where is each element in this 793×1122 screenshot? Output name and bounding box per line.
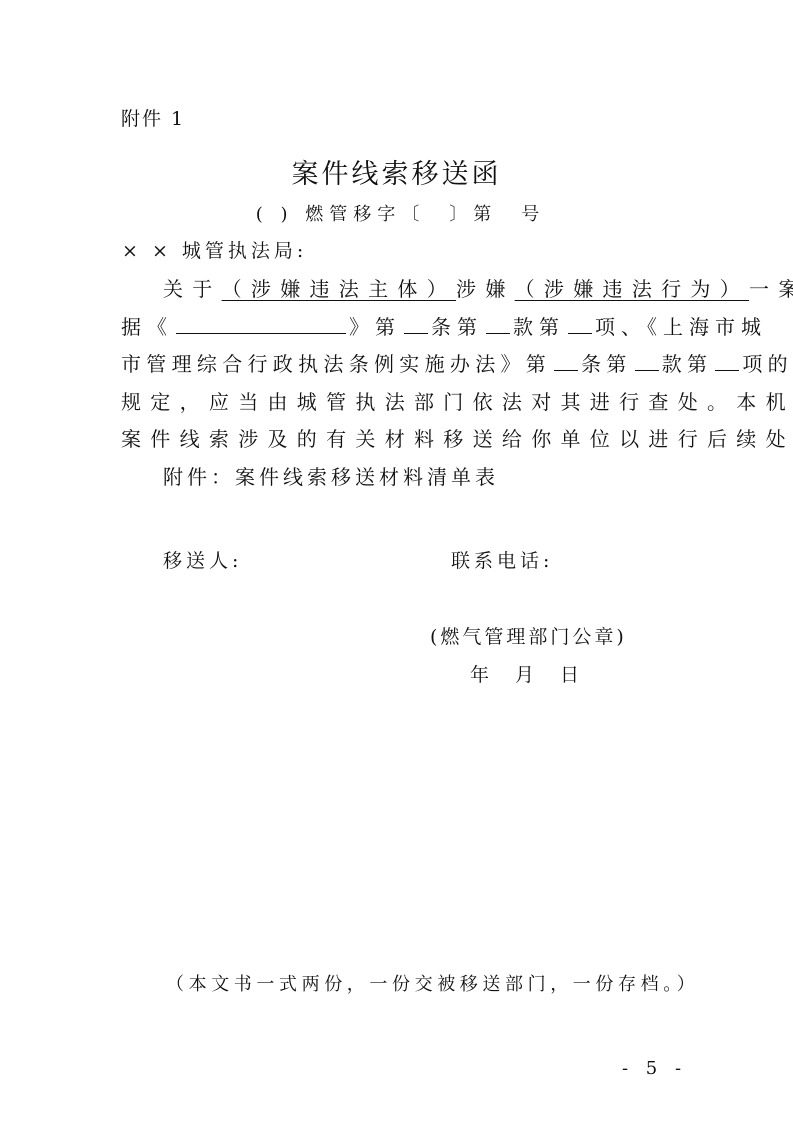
month-label: 月: [515, 660, 534, 687]
year-label: 年: [470, 660, 489, 687]
text-according: 据《: [121, 315, 173, 339]
text-of: 项的: [742, 352, 793, 376]
text-shanghai: 项、《上海市城: [595, 315, 767, 339]
addressee: × × 城管执法局:: [122, 236, 307, 263]
text-suspected: 涉嫌: [456, 277, 515, 301]
day-label: 日: [560, 660, 579, 687]
text-article: 》第: [349, 315, 401, 339]
text-clause-2: 条第: [581, 352, 632, 376]
body-line-3: 市管理综合行政执法条例实施办法》第条第款第项的: [121, 348, 793, 377]
page-number: - 5 -: [622, 1058, 687, 1079]
official-seal-label: (燃气管理部门公章): [430, 622, 627, 649]
body-line-5: 案件线索涉及的有关材料移送给你单位以进行后续处理。: [121, 423, 793, 452]
body-line-1: 关于（涉嫌违法主体）涉嫌（涉嫌违法行为）一案，依: [121, 273, 793, 302]
text-case: 一案，依: [749, 277, 793, 301]
text-clause: 条第: [431, 315, 483, 339]
body-line-2: 据《》第条第款第项、《上海市城: [121, 311, 767, 340]
item-blank[interactable]: [568, 312, 592, 334]
document-number: ( ) 燃管移字〔 〕第 号: [0, 200, 793, 226]
text-item: 款第: [513, 315, 565, 339]
date-line: 年月日: [470, 660, 605, 687]
article-blank-2[interactable]: [554, 349, 578, 371]
text-item-2: 款第: [662, 352, 713, 376]
clause-blank-2[interactable]: [635, 349, 659, 371]
attachment-reference: 附件：案件线索移送材料清单表: [121, 461, 499, 490]
suspect-subject-field[interactable]: （涉嫌违法主体）: [222, 277, 456, 301]
article-blank[interactable]: [404, 312, 428, 334]
document-title: 案件线索移送函: [0, 152, 793, 191]
body-line-4: 规定，应当由城管执法部门依法对其进行查处。本机关现将: [121, 386, 793, 415]
attachment-label: 附件 1: [121, 104, 185, 131]
text-about: 关于: [163, 277, 222, 301]
copies-note: （本文书一式两份，一份交被移送部门，一份存档。）: [166, 970, 699, 996]
law-name-blank[interactable]: [176, 312, 346, 334]
text-regulation: 市管理综合行政执法条例实施办法》第: [121, 352, 551, 376]
phone-label: 联系电话:: [451, 546, 553, 573]
item-blank-2[interactable]: [715, 349, 739, 371]
sender-label: 移送人:: [163, 546, 242, 573]
suspect-behavior-field[interactable]: （涉嫌违法行为）: [515, 277, 749, 301]
clause-blank[interactable]: [486, 312, 510, 334]
